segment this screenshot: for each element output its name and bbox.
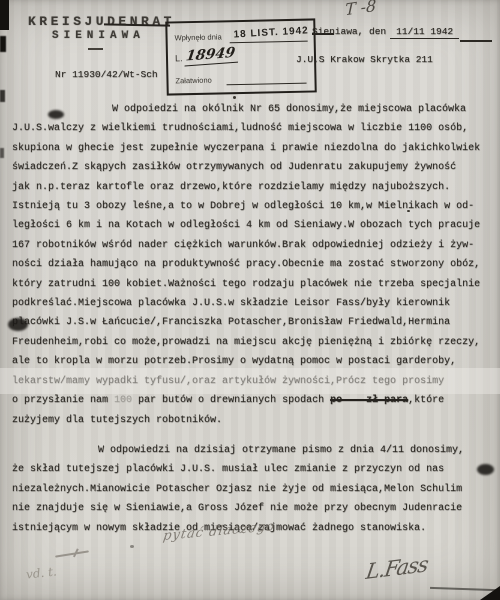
ink-speck bbox=[130, 545, 134, 548]
date-value: 11/11 1942 bbox=[390, 26, 459, 39]
handwritten-signature: L.Fass bbox=[364, 552, 429, 584]
scan-edge-artifact bbox=[0, 36, 6, 52]
reference-number: Nr 11930/42/Wt-Sch bbox=[55, 69, 158, 80]
line16-middle: par butów o drewnianych spodach bbox=[132, 395, 330, 406]
paragraph-1-strikethrough-line: o przysłanie nam 100 par butów o drewnia… bbox=[12, 391, 492, 410]
ink-speck bbox=[233, 96, 236, 99]
line16-before: o przysłanie nam bbox=[12, 395, 114, 406]
scan-edge-artifact bbox=[0, 0, 9, 30]
recipient-address: J.U.S Krakow Skrytka 211 bbox=[296, 54, 433, 65]
scan-edge-artifact bbox=[0, 148, 4, 158]
paragraph-1-last-line: zużyjemy dla tutejszych robotników. bbox=[12, 411, 492, 430]
scan-fold-mark bbox=[430, 587, 496, 591]
stamp-fill-line bbox=[230, 41, 308, 44]
struck-out-text: po —— zł para bbox=[330, 395, 408, 406]
ink-blot bbox=[48, 110, 64, 119]
handwritten-pencil-mark bbox=[55, 550, 89, 557]
underline-segment bbox=[460, 40, 492, 42]
handwritten-margin-note: vd. t. bbox=[25, 564, 57, 581]
paragraph-1: W odpoiedzi na okólnik Nr 65 donosimy,że… bbox=[12, 100, 492, 391]
ink-blot bbox=[8, 318, 28, 331]
handwritten-stamp-number: 18949 bbox=[184, 45, 240, 67]
scan-edge-artifact bbox=[0, 90, 5, 102]
ink-blot bbox=[477, 464, 494, 475]
stamp-number-label: L. bbox=[175, 53, 183, 63]
processed-label: Załatwiono bbox=[175, 76, 211, 86]
received-stamp-box: Wpłynęło dnia 18 LIST. 1942 L. 18949 Zał… bbox=[165, 18, 317, 95]
received-date-stamp: 18 LIST. 1942 bbox=[233, 25, 309, 40]
received-date-label: Wpłynęło dnia bbox=[174, 32, 221, 42]
line16-faint-number: 100 bbox=[114, 395, 132, 406]
letterhead-organization: KREISJUDENRAT bbox=[28, 14, 175, 29]
date-place-label: Sieniawa, den bbox=[312, 26, 386, 37]
date-line: Sieniawa, den11/11 1942 bbox=[312, 26, 459, 37]
stamp-fill-line bbox=[227, 83, 307, 86]
letterhead-place: SIENIAWA bbox=[52, 30, 145, 42]
letterhead-underline bbox=[88, 48, 103, 50]
document-scan: KREISJUDENRAT SIENIAWA T -8 Nr 11930/42/… bbox=[0, 0, 500, 600]
letter-body: W odpoiedzi na okólnik Nr 65 donosimy,że… bbox=[12, 100, 492, 538]
line16-after: ,które bbox=[408, 395, 444, 406]
handwritten-top-mark: T -8 bbox=[345, 0, 377, 19]
